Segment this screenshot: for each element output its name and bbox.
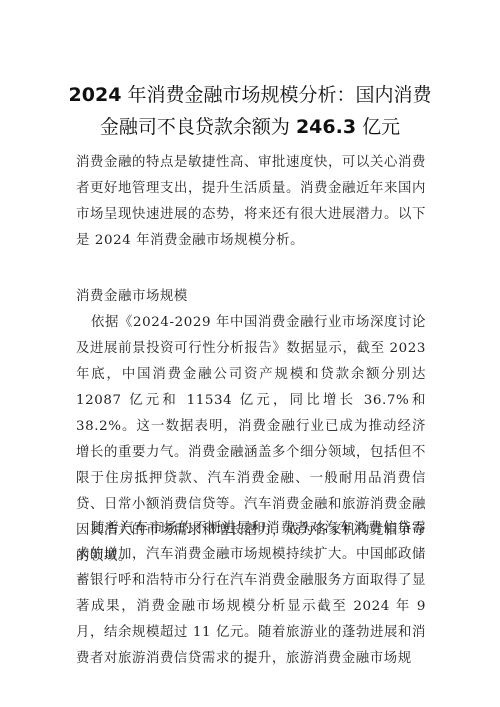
title-line1-text: 年消费金融市场规模分析：国内消费 (121, 84, 431, 106)
intro-paragraph: 消费金融的特点是敏捷性高、审批速度快，可以关心消费者更好地管理支出，提升生活质量… (76, 150, 426, 254)
title-line2-tail: 亿元 (356, 116, 400, 138)
page-number: -1- (0, 654, 500, 664)
section-heading: 消费金融市场规模 (76, 284, 426, 310)
title-line2-text: 金融司不良贷款余额为 (100, 116, 296, 138)
document-page: 2024 年消费金融市场规模分析：国内消费 金融司不良贷款余额为 246.3 亿… (0, 0, 500, 707)
auto-finance-paragraph: 随着汽车市场的不断进展和消费者对汽车消费信贷需求的增加，汽车消费金融市场规模持续… (76, 516, 426, 672)
title-year: 2024 (69, 84, 122, 106)
document-title: 2024 年消费金融市场规模分析：国内消费 金融司不良贷款余额为 246.3 亿… (60, 79, 440, 143)
title-amount: 246.3 (296, 116, 356, 138)
